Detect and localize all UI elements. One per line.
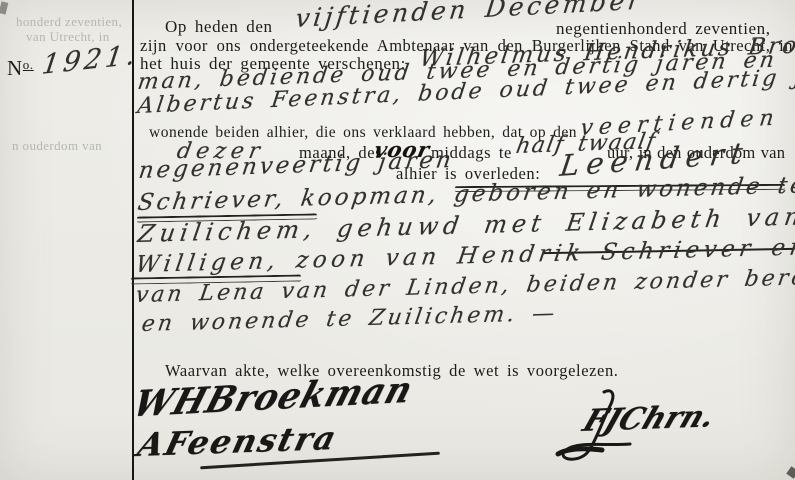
act-number-value: 1921. <box>40 39 141 81</box>
printed-date-prefix: Op heden den <box>165 17 273 37</box>
bleedthrough-text-2: van Utrecht, in <box>26 29 110 45</box>
act-number-label: No. <box>7 56 34 81</box>
scan-edge-artifact <box>786 466 795 479</box>
signature-witness2: AFeenstra <box>134 419 342 464</box>
death-certificate-page: honderd zeventien, van Utrecht, in n oud… <box>0 0 795 480</box>
handwritten-residence-closing-line: en wonende te Zuilichem. — <box>140 301 559 337</box>
signature-registrar-flourish <box>552 388 762 473</box>
act-number-n: N <box>7 56 23 80</box>
bleedthrough-text-3: n ouderdom van <box>12 138 102 154</box>
act-number-superscript: o. <box>23 57 34 72</box>
bleedthrough-text-1: honderd zeventien, <box>16 14 122 30</box>
scan-edge-artifact <box>0 1 8 14</box>
